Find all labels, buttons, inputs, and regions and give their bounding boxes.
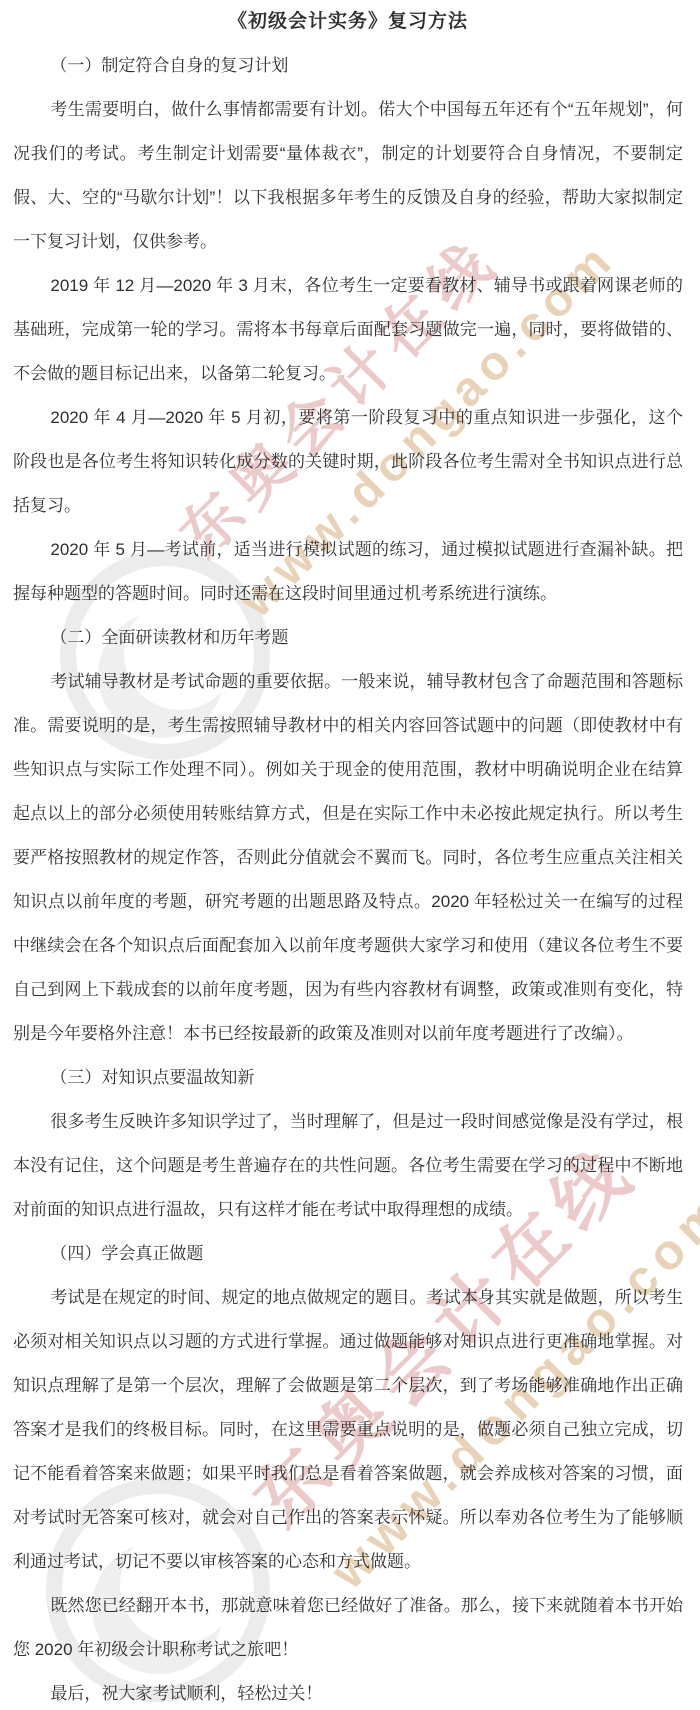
section-heading-3: （三）对知识点要温故知新: [13, 1056, 683, 1100]
paragraph: 考生需要明白，做什么事情都需要有计划。偌大个中国每五年还有个“五年规划”，何况我…: [13, 88, 683, 264]
paragraph: 考试是在规定的时间、规定的地点做规定的题目。考试本身其实就是做题，所以考生必须对…: [13, 1276, 683, 1584]
section-heading-4: （四）学会真正做题: [13, 1232, 683, 1276]
paragraph: 既然您已经翻开本书，那就意味着您已经做好了准备。那么，接下来就随着本书开始您 2…: [13, 1584, 683, 1672]
paragraph: 2020 年 4 月—2020 年 5 月初，要将第一阶段复习中的重点知识进一步…: [13, 396, 683, 528]
section-heading-2: （二）全面研读教材和历年考题: [13, 616, 683, 660]
paragraph: 最后，祝大家考试顺利，轻松过关！: [13, 1672, 683, 1710]
page-title: 《初级会计实务》复习方法: [13, 0, 683, 44]
section-heading-1: （一）制定符合自身的复习计划: [13, 44, 683, 88]
document-content: 《初级会计实务》复习方法 （一）制定符合自身的复习计划 考生需要明白，做什么事情…: [0, 0, 700, 1710]
document-page: 东奥会计在线 www.dongao.com 东奥会计在线 www.dongao.…: [0, 0, 700, 1710]
paragraph: 2019 年 12 月—2020 年 3 月末，各位考生一定要看教材、辅导书或跟…: [13, 264, 683, 396]
paragraph: 考试辅导教材是考试命题的重要依据。一般来说，辅导教材包含了命题范围和答题标准。需…: [13, 660, 683, 1056]
paragraph: 2020 年 5 月—考试前，适当进行模拟试题的练习，通过模拟试题进行查漏补缺。…: [13, 528, 683, 616]
paragraph: 很多考生反映许多知识学过了，当时理解了，但是过一段时间感觉像是没有学过，根本没有…: [13, 1100, 683, 1232]
